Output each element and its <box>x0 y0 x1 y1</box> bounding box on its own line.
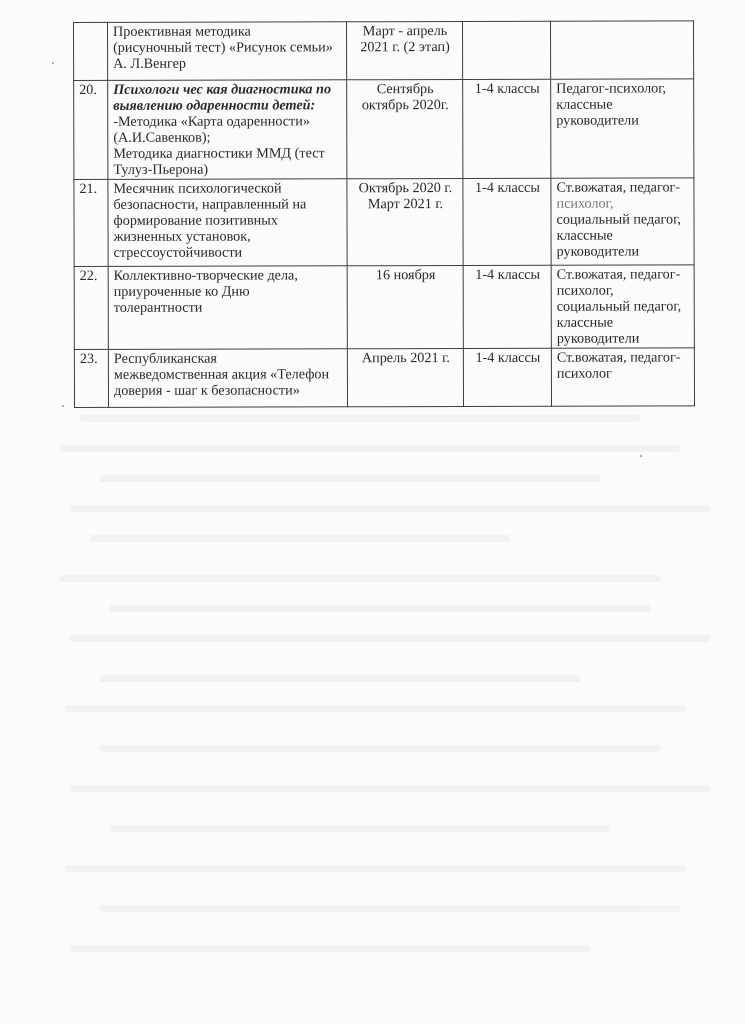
event-cell: Месячник психологической безопасности, н… <box>108 179 347 267</box>
date-cell: Сентябрь октябрь 2020г. <box>347 79 463 178</box>
responsible-text: психолог <box>557 365 690 381</box>
event-text: Месячник психологической <box>113 180 342 197</box>
responsible-text: Ст.вожатая, педагог- <box>556 179 689 195</box>
participants-cell: 1-4 классы <box>463 265 551 348</box>
date-text: Апрель 2021 г. <box>353 350 459 366</box>
responsible-text: руководители <box>557 243 690 259</box>
responsible-cell <box>550 21 693 79</box>
responsible-text: Ст.вожатая, педагог- <box>557 349 690 365</box>
scan-speck <box>62 405 64 407</box>
participants-cell: 1-4 классы <box>463 348 551 406</box>
date-text: 16 ноября <box>353 267 459 283</box>
date-cell: Октябрь 2020 г. Март 2021 г. <box>347 178 463 265</box>
row-number: 23. <box>74 349 108 407</box>
table-row: 22. Коллективно-творческие дела, приуроч… <box>74 265 694 350</box>
date-text: Март 2021 г. <box>352 196 458 212</box>
event-cell: Проективная методика (рисуночный тест) «… <box>108 22 347 81</box>
event-text: безопасности, направленный на <box>113 196 342 213</box>
responsible-text: руководители <box>556 112 689 128</box>
event-text: толерантности <box>114 299 343 316</box>
date-cell: Март - апрель 2021 г. (2 этап) <box>347 21 463 79</box>
participants-cell: 1-4 классы <box>463 79 551 178</box>
event-text: Республиканская <box>114 350 343 367</box>
event-text: доверия - шаг к безопасности» <box>114 382 343 399</box>
event-text: -Методика «Карта одаренности» <box>113 113 342 130</box>
event-text: приуроченные ко Дню <box>114 283 343 300</box>
event-title: Психологи чес кая диагностика по <box>113 81 342 98</box>
participants-cell: 1-4 классы <box>463 178 551 265</box>
responsible-cell: Ст.вожатая, педагог- психолог, социальны… <box>551 265 694 348</box>
event-cell: Коллективно-творческие дела, приуроченны… <box>108 266 347 350</box>
responsible-text: классные <box>556 96 689 112</box>
responsible-text: классные <box>557 227 690 243</box>
event-text: межведомственная акция «Телефон <box>114 366 343 383</box>
scan-speck <box>640 455 642 457</box>
row-number: 22. <box>74 266 108 349</box>
table-row: 20. Психологи чес кая диагностика по выя… <box>74 79 694 180</box>
date-text: Октябрь 2020 г. <box>352 180 458 196</box>
date-cell: 16 ноября <box>347 265 463 348</box>
event-cell: Психологи чес кая диагностика по выявлен… <box>108 80 347 180</box>
responsible-text: Ст.вожатая, педагог- <box>557 266 690 282</box>
responsible-text: социальный педагог, <box>557 298 690 314</box>
responsible-text: психолог, <box>557 282 690 298</box>
table-row: 21. Месячник психологической безопасност… <box>74 178 694 267</box>
responsible-cell: Педагог-психолог, классные руководители <box>551 79 694 178</box>
date-text: Март - апрель <box>352 23 458 39</box>
event-text: Проективная методика <box>113 23 342 40</box>
participants-cell <box>462 21 550 79</box>
event-text: Тулуз-Пьерона) <box>113 161 342 178</box>
responsible-cell: Ст.вожатая, педагог- психолог <box>551 348 694 406</box>
responsible-text: классные <box>557 314 690 330</box>
date-text: Сентябрь <box>352 81 458 97</box>
event-title: выявлению одаренности детей: <box>113 97 342 114</box>
responsible-cell: Ст.вожатая, педагог- психолог, социальны… <box>551 178 694 265</box>
responsible-text: руководители <box>557 330 690 346</box>
row-number <box>74 22 108 80</box>
scan-speck <box>52 62 54 64</box>
scan-bleed-through <box>40 405 730 965</box>
row-number: 21. <box>74 179 108 266</box>
row-number: 20. <box>74 80 108 179</box>
event-cell: Республиканская межведомственная акция «… <box>108 349 347 408</box>
event-text: формирование позитивных <box>113 212 342 229</box>
responsible-text: социальный педагог, <box>556 211 689 227</box>
events-table: Проективная методика (рисуночный тест) «… <box>73 20 695 408</box>
table-row: Проективная методика (рисуночный тест) «… <box>74 21 694 81</box>
event-text: жизненных установок, <box>114 228 343 245</box>
event-text: Коллективно-творческие дела, <box>114 267 343 284</box>
event-text: (А.И.Савенков); <box>113 129 342 146</box>
event-text: стрессоустойчивости <box>114 244 343 261</box>
event-text: (рисуночный тест) «Рисунок семьи» <box>113 39 342 56</box>
table-row: 23. Республиканская межведомственная акц… <box>74 348 694 408</box>
date-text: 2021 г. (2 этап) <box>352 39 458 55</box>
responsible-text: психолог, <box>556 195 689 211</box>
date-cell: Апрель 2021 г. <box>347 348 463 406</box>
event-text: А. Л.Венгер <box>113 55 342 72</box>
date-text: октябрь 2020г. <box>352 97 458 113</box>
event-text: Методика диагностики ММД (тест <box>113 145 342 162</box>
responsible-text: Педагог-психолог, <box>556 80 689 96</box>
